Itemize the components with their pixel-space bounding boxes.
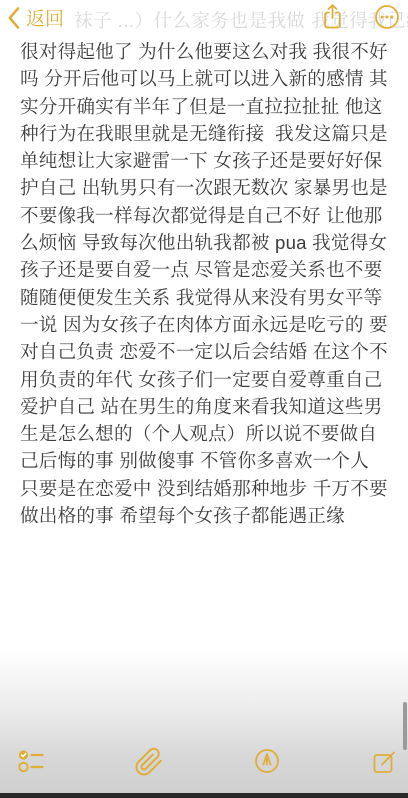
more-button[interactable] [374, 4, 400, 30]
back-button[interactable]: 返回 [8, 4, 64, 31]
attachment-button[interactable] [134, 747, 164, 777]
compose-button[interactable] [370, 747, 398, 775]
compose-icon [370, 747, 398, 775]
navbar-actions [321, 3, 400, 30]
back-button-label: 返回 [26, 4, 64, 31]
note-body-text[interactable]: 很对得起他了 为什么他要这么对我 我很不好吗 分开后他可以马上就可以进入新的感情… [20, 38, 392, 529]
checklist-button[interactable] [17, 747, 45, 775]
navbar: 返回 [0, 0, 408, 36]
attachment-icon [134, 747, 164, 777]
share-button[interactable] [321, 3, 344, 30]
chevron-left-icon [8, 7, 20, 29]
scrollbar[interactable] [403, 702, 407, 750]
checklist-icon [17, 747, 45, 775]
markup-icon [253, 747, 281, 775]
ellipsis-circle-icon [374, 4, 400, 30]
markup-button[interactable] [253, 747, 281, 775]
screen-bottom-edge [0, 793, 408, 798]
bottom-toolbar [0, 733, 408, 793]
share-icon [321, 3, 344, 30]
notes-app-screen: 袜子 ...）什么家务也是我做 我觉得我已经 返回 [0, 0, 408, 798]
